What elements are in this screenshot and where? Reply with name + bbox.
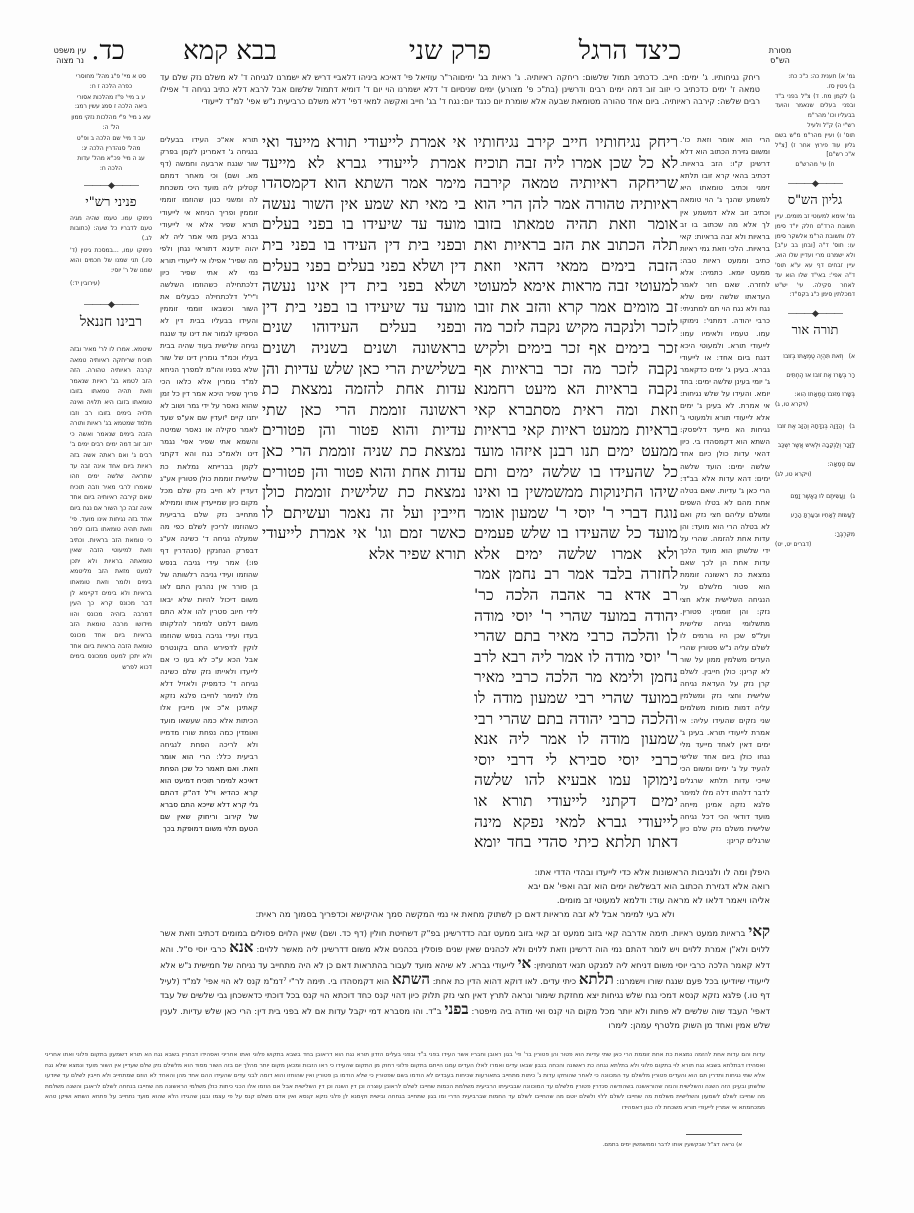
masoret-entry: ג) לקמן מח. ד) צ"ל בפני ב"ד ובפני בעלים …: [775, 92, 855, 121]
verse-source: (ויקרא טו, לג): [775, 470, 855, 480]
tosafot-line: היפלן ומה לו ולגניבות הראשונות אלא כדי ל…: [160, 866, 770, 880]
ornament-divider: ―――◆―――: [70, 180, 152, 192]
tosafot-middle-lines: היפלן ומה לו ולגניבות הראשונות אלא כדי ל…: [160, 866, 770, 922]
masoret-entry: רש"י ה) ק"ל ולעיל: [775, 121, 855, 131]
ein-mishpat-column: סט א מיי' פ"ג מהל' מחוסרי כפרה הלכה ז ח:…: [70, 72, 152, 331]
verse-label: א): [849, 353, 855, 360]
tosafot-line: ולא בעי למימר אבל לא זבה מראיות דאם כן ל…: [160, 908, 770, 922]
pninei-rashi-entry: נימוקו עמו. טעמו שהיה מגיה טעם לדבריו כל…: [70, 214, 152, 243]
rabbeinu-chananel-title: רבינו חננאל: [70, 313, 152, 331]
tosafot-top: והר"ר עוזיאל פי' דאיכא ביניהו דלאביי דרי…: [160, 72, 460, 132]
tosafot-line: רואה אלא דגזירת הכתוב הוא דבשלשה ימים הו…: [160, 880, 770, 894]
tosafot-dh: הרי הוא אומר וזאת. ואם תאמר כל שכן הפחת …: [160, 752, 258, 834]
rashi-right-column: הרי הוא אומר וזאת כו'. ומשום גזירת הכתוב…: [680, 134, 770, 854]
gilyon-hashas-title: גליון הש"ס: [775, 192, 855, 210]
ein-mishpat-header: עין משפט נר מצוה: [50, 46, 90, 66]
masoret-hashas-column: גמ' א) תענית כה: כ"כ כח: ב) גיטין סז. ג)…: [775, 72, 855, 550]
bottom-commentary: עדות והם עדות אחת להזמה נמצאת כת אחת זומ…: [45, 1050, 765, 1138]
verse-label: ב): [849, 423, 855, 430]
verse-source: (דברים יט, יט): [775, 540, 855, 550]
torah-or-verse: א) וְזֹאת תִּהְיֶה טֻמְאָתוֹ בְּזוֹבוֹ ר…: [775, 343, 855, 410]
ornament-divider: ―――◆―――: [70, 299, 152, 311]
tosafot-dibur-hamatchil: השתא: [392, 970, 430, 988]
tosafot-line: אליהו ויאמר דלאו לא מראה עוד: ודלמא למעו…: [160, 894, 770, 908]
masoret-entry: גמ' א) תענית כה: כ"כ כח:: [775, 72, 855, 82]
verse-text: וְזֹאת תִּהְיֶה טֻמְאָתוֹ בְּזוֹבוֹ רָר …: [783, 353, 855, 398]
ein-mishpat-entry: עא ג מיי' פ"י מהלכות נזקי ממון הל' ה:: [70, 113, 152, 133]
gemara-main-text: ריחק נגיחותיו חייב קירב נגיחותיו לא כל ש…: [262, 132, 678, 862]
torah-or-verse: ג) וַעֲשִׂיתֶם לוֹ כַּאֲשֶׁר זָמַם לַעֲש…: [775, 483, 855, 550]
tosafot-dibur-hamatchil: תלתא: [579, 970, 614, 988]
tosafot-dibur-hamatchil: בפני: [444, 1000, 468, 1018]
ornament-divider: ―――◆―――: [775, 178, 855, 190]
page-header: עין משפט נר מצוה כד. בבא קמא פרק שני כיצ…: [0, 36, 914, 70]
daf-number: כד.: [88, 36, 128, 66]
perek-name: כיצד הרגל: [565, 36, 695, 66]
pninei-rashi-entry: נימוקו עמו, ...במסכת גיטין (ד' סז.) תני …: [70, 246, 152, 275]
masoret-entry: ח) עי' מהרש"ם: [775, 160, 855, 170]
rashi-top: ריחק נגיחותיו. ג' ימים: חייב. כדכתיב תמו…: [460, 72, 760, 132]
tosafot-paragraph: כיתי עדים. לאו דוקא דהוא הדין כת אחת:: [433, 976, 576, 986]
verse-source: (ויקרא טו, ג): [775, 400, 855, 410]
ein-mishpat-entry: עב ד מיי' שם הלכה ב ופ"ט מהל' סנהדרין הל…: [70, 134, 152, 154]
verse-text: וְהַדָּוָה בְּנִדָּתָהּ וְהַזָּב אֶת זוֹ…: [777, 423, 855, 468]
footnote: א) נראה דצ"ל שבקשעין אותו לדבר וממשמשין …: [500, 1141, 742, 1149]
pninei-rashi-title: פניני רש"י: [70, 194, 152, 212]
torah-or-title: תורה אור: [775, 322, 855, 340]
tosafot-dibur-hamatchil: אנא: [229, 938, 253, 956]
ornament-divider: ―――◆―――: [775, 308, 855, 320]
perek-number: פרק שני: [395, 36, 505, 66]
tosafot-dibur-hamatchil: אי: [518, 954, 532, 972]
tosafot-bottom: קאי בראיות ממעט ראיות. תימה אדרבה קאי בז…: [160, 924, 770, 1049]
masoret-hashas-header: מסורת הש"ס: [760, 46, 800, 66]
torah-or-verse: ב) וְהַדָּוָה בְּנִדָּתָהּ וְהַזָּב אֶת …: [775, 413, 855, 480]
masoret-entry: ב) גיטין סז.: [775, 82, 855, 92]
rabbeinu-chananel-text: שיטמא. אמרו לו לר' מאיר ובזה תוכיח שריחק…: [70, 345, 152, 1055]
gilyon-hashas-text: גמ' אימא למעוטי זב מומים. עיין תשובת הרד…: [775, 212, 855, 300]
masechet-name: בבא קמא: [150, 36, 310, 66]
tosafot-left-column: תורא אא"כ העידו בבעלים בנגיחה ג' דאמרינן…: [160, 134, 258, 854]
verse-text: וַעֲשִׂיתֶם לוֹ כַּאֲשֶׁר זָמַם לַעֲשׂוֹ…: [790, 493, 855, 538]
tosafot-text: תורא אא"כ העידו בבעלים בנגיחה ג' דאמרינן…: [160, 135, 258, 761]
ein-mishpat-entry: סט א מיי' פ"ג מהל' מחוסרי כפרה הלכה ז ח:: [70, 72, 152, 92]
verse-label: ג): [850, 493, 855, 500]
ein-mishpat-entry: ע ב מיי' פ"ז מהלכות אסורי ביאה הלכה ז סמ…: [70, 93, 152, 113]
tosafot-dibur-hamatchil: קאי: [748, 924, 770, 940]
pninei-rashi-source: (עירובין יד:): [70, 279, 152, 289]
masoret-entry: תוס' ו) ועיין מהר"מ מ"ש בשם גליון עוד פי…: [775, 131, 855, 160]
ein-mishpat-entry: עג ה מיי' פכ"א מהל' עדות הלכה ח:: [70, 154, 152, 174]
footnote-divider: [686, 1134, 742, 1135]
